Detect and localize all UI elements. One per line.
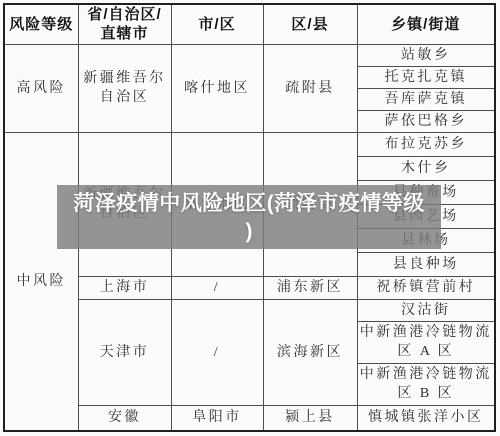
cell-county: 浦东新区 [263, 276, 357, 299]
table-row: 上海市 / 浦东新区 祝桥镇营前村 [4, 276, 495, 299]
cell-county: 滨海新区 [263, 299, 357, 405]
cell-city: 阜阳市 [171, 405, 263, 431]
cell-province: 安徽 [78, 405, 171, 431]
header-risk-level: 风险等级 [4, 4, 78, 44]
cell-street: 汉沽街 [357, 299, 495, 321]
page: 风险等级 省/自治区/ 直辖市 市/区 区/县 乡镇/街道 高风险 新疆维吾尔 … [0, 0, 500, 436]
cell-street: 木什乡 [357, 156, 495, 180]
cell-street: 县良种场 [357, 252, 495, 276]
cell-street: 站敏乡 [357, 44, 495, 66]
header-street: 乡镇/街道 [357, 4, 495, 44]
cell-county: 颍上县 [263, 405, 357, 431]
table-row: 天津市 / 滨海新区 汉沽街 [4, 299, 495, 321]
table-header-row: 风险等级 省/自治区/ 直辖市 市/区 区/县 乡镇/街道 [4, 4, 495, 44]
cell-risk-high: 高风险 [4, 44, 78, 132]
cell-city: / [171, 276, 263, 299]
table-row: 安徽 阜阳市 颍上县 慎城镇张洋小区 [4, 405, 495, 431]
cell-street: 萨依巴格乡 [357, 110, 495, 132]
cell-province: 天津市 [78, 299, 171, 405]
cell-street: 中新渔港冷链物流 区 A 区 [357, 321, 495, 363]
watermark-title-line1: 菏泽疫情中风险地区(菏泽市疫情等级 [73, 189, 425, 218]
watermark-title-line2: ) [246, 218, 253, 245]
cell-city: 喀什地区 [171, 44, 263, 132]
header-city: 市/区 [171, 4, 263, 44]
table-row: 高风险 新疆维吾尔 自治区 喀什地区 疏附县 站敏乡 [4, 44, 495, 66]
cell-county: 疏附县 [263, 44, 357, 132]
cell-province: 上海市 [78, 276, 171, 299]
cell-street: 祝桥镇营前村 [357, 276, 495, 299]
watermark-title-overlay: 菏泽疫情中风险地区(菏泽市疫情等级 ) [57, 185, 441, 249]
header-province: 省/自治区/ 直辖市 [78, 4, 171, 44]
cell-street: 中新渔港冷链物流 区 B 区 [357, 363, 495, 405]
cell-street: 托克扎克镇 [357, 66, 495, 88]
header-county: 区/县 [263, 4, 357, 44]
table-row: 中风险 新疆维吾尔 自治区 喀什地区 疏附县 布拉克苏乡 [4, 132, 495, 156]
cell-risk-medium: 中风险 [4, 132, 78, 431]
cell-street: 布拉克苏乡 [357, 132, 495, 156]
cell-street: 慎城镇张洋小区 [357, 405, 495, 431]
cell-street: 吾库萨克镇 [357, 88, 495, 110]
cell-province: 新疆维吾尔 自治区 [78, 44, 171, 132]
cell-city: / [171, 299, 263, 405]
